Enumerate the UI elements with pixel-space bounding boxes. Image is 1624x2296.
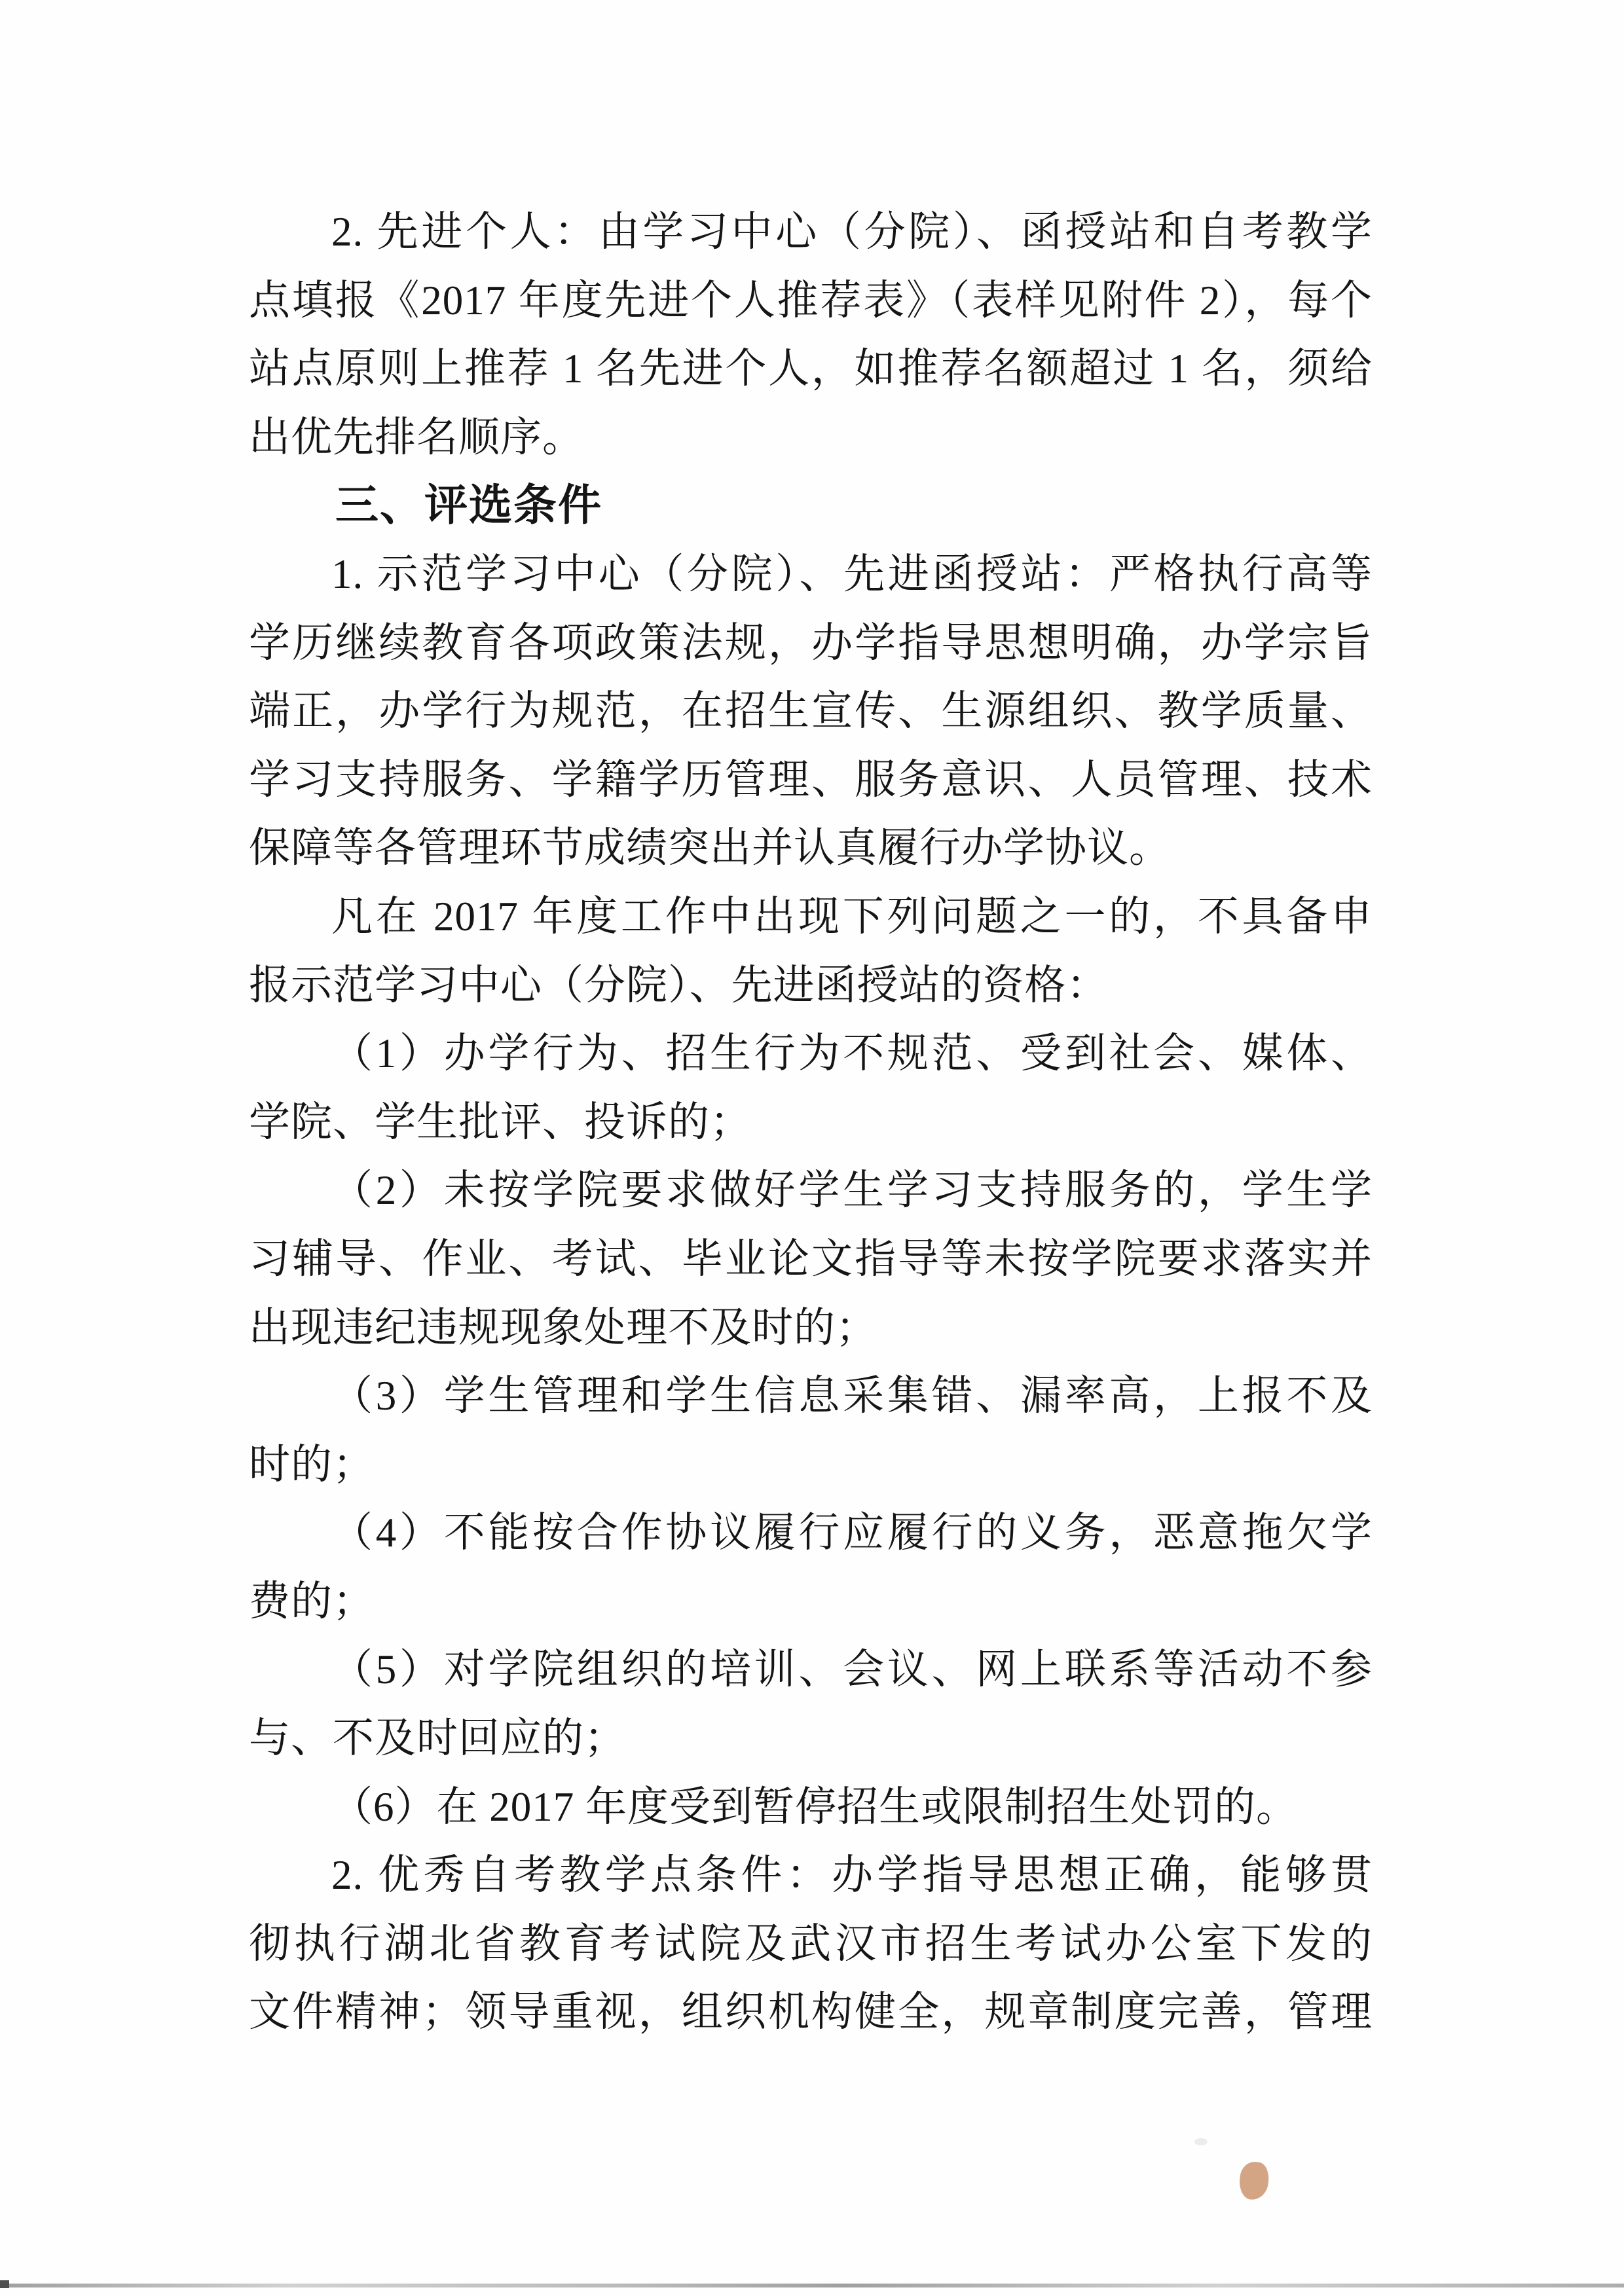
text-line: 文件精神；领导重视，组织机构健全，规章制度完善，管理 [249, 1978, 1373, 2047]
section-heading: 三、评选条件 [249, 471, 1373, 540]
text-line: 与、不及时回应的； [249, 1704, 1373, 1773]
text-line: 点填报《2017 年度先进个人推荐表》（表样见附件 2），每个 [249, 266, 1373, 335]
text-line: （4）不能按合作协议履行应履行的义务，恶意拖欠学 [249, 1499, 1373, 1567]
text-line: （6）在 2017 年度受到暂停招生或限制招生处罚的。 [249, 1773, 1373, 1842]
text-line: （2）未按学院要求做好学生学习支持服务的，学生学 [249, 1156, 1373, 1225]
text-line: 费的； [249, 1567, 1373, 1636]
scanner-corner-mark [0, 2280, 9, 2288]
text-line: 习辅导、作业、考试、毕业论文指导等未按学院要求落实并 [249, 1225, 1373, 1294]
document-page: 2. 先进个人：由学习中心（分院）、函授站和自考教学点填报《2017 年度先进个… [0, 0, 1624, 2296]
text-line: 学院、学生批评、投诉的； [249, 1088, 1373, 1157]
faint-smudge [1194, 2138, 1208, 2145]
text-line: 学历继续教育各项政策法规，办学指导思想明确，办学宗旨 [249, 609, 1373, 678]
scanner-edge-line [0, 2284, 1624, 2287]
text-line: 端正，办学行为规范，在招生宣传、生源组织、教学质量、 [249, 677, 1373, 746]
text-line: （1）办学行为、招生行为不规范、受到社会、媒体、 [249, 1019, 1373, 1088]
document-text: 2. 先进个人：由学习中心（分院）、函授站和自考教学点填报《2017 年度先进个… [249, 198, 1373, 2047]
text-line: （5）对学院组织的培训、会议、网上联系等活动不参 [249, 1635, 1373, 1704]
text-line: 出优先排名顺序。 [249, 403, 1373, 472]
text-line: 学习支持服务、学籍学历管理、服务意识、人员管理、技术 [249, 746, 1373, 814]
text-line: 凡在 2017 年度工作中出现下列问题之一的，不具备申 [249, 883, 1373, 951]
text-line: 时的； [249, 1430, 1373, 1499]
text-line: 保障等各管理环节成绩突出并认真履行办学协议。 [249, 814, 1373, 883]
text-line: 站点原则上推荐 1 名先进个人，如推荐名额超过 1 名，须给 [249, 335, 1373, 403]
text-line: 1. 示范学习中心（分院）、先进函授站：严格执行高等 [249, 540, 1373, 609]
text-line: （3）学生管理和学生信息采集错、漏率高，上报不及 [249, 1362, 1373, 1430]
text-line: 2. 先进个人：由学习中心（分院）、函授站和自考教学 [249, 198, 1373, 266]
text-line: 出现违纪违规现象处理不及时的； [249, 1294, 1373, 1362]
text-line: 报示范学习中心（分院）、先进函授站的资格： [249, 951, 1373, 1020]
text-line: 彻执行湖北省教育考试院及武汉市招生考试办公室下发的 [249, 1910, 1373, 1978]
coffee-stain [1237, 2160, 1271, 2202]
text-line: 2. 优秀自考教学点条件：办学指导思想正确，能够贯 [249, 1841, 1373, 1910]
